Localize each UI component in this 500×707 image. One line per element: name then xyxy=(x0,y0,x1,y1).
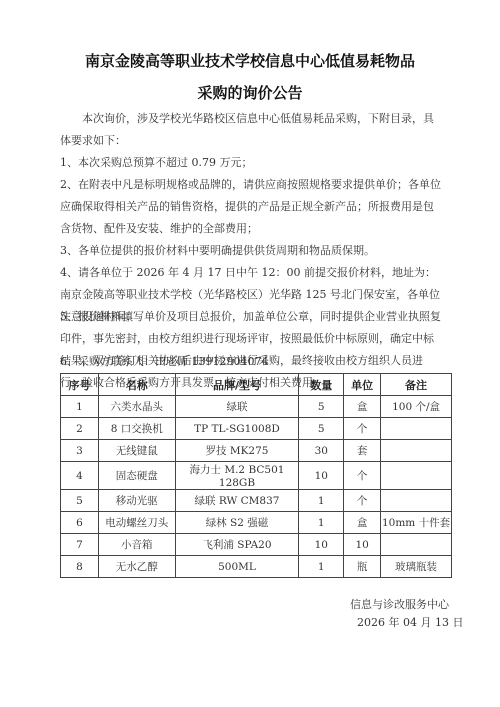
cell-quantity: 5 xyxy=(299,418,344,440)
cell-index: 5 xyxy=(61,490,99,512)
cell-name: 六类水晶头 xyxy=(98,396,175,418)
intro-paragraph: 本次询价，涉及学校光华路校区信息中心低值易耗品采购，下附目录，具体要求如下： xyxy=(60,108,442,152)
cell-index: 6 xyxy=(61,512,99,534)
document-title-line1: 南京金陵高等职业技术学校信息中心低值易耗物品 xyxy=(0,50,500,71)
cell-remarks xyxy=(381,440,452,462)
signature-date: 2026 年 04 月 13 日 xyxy=(357,614,463,630)
cell-name: 8 口交换机 xyxy=(98,418,175,440)
cell-quantity: 1 xyxy=(299,556,344,578)
cell-name: 无线键鼠 xyxy=(98,440,175,462)
table-row: 5 移动光驱 绿联 RW CM837 1 个 xyxy=(61,490,452,512)
cell-quantity: 1 xyxy=(299,490,344,512)
header-unit: 单位 xyxy=(344,374,381,396)
table-header-row: 序号 名称 品牌/型号 数量 单位 备注 xyxy=(61,374,452,396)
cell-remarks xyxy=(381,490,452,512)
header-index: 序号 xyxy=(61,374,99,396)
cell-brand-model: 绿联 RW CM837 xyxy=(175,490,299,512)
cell-index: 2 xyxy=(61,418,99,440)
cell-quantity: 10 xyxy=(299,462,344,490)
table-row: 2 8 口交换机 TP TL-SG1008D 5 个 xyxy=(61,418,452,440)
cell-brand-model: 500ML xyxy=(175,556,299,578)
requirement-item-2: 2、在附表中凡是标明规格或品牌的，请供应商按照规格要求提供单价；各单位应确保取得… xyxy=(60,174,442,240)
table-row: 4 固态硬盘 海力士 M.2 BC501 128GB 10 个 xyxy=(61,462,452,490)
cell-index: 1 xyxy=(61,396,99,418)
cell-brand-model: 绿林 S2 强磁 xyxy=(175,512,299,534)
header-remarks: 备注 xyxy=(381,374,452,396)
cell-index: 8 xyxy=(61,556,99,578)
cell-quantity: 30 xyxy=(299,440,344,462)
cell-quantity: 1 xyxy=(299,512,344,534)
requirement-item-3: 3、各单位提供的报价材料中要明确提供供货周期和物品质保期。 xyxy=(60,240,442,262)
requirement-item-1: 1、本次采购总预算不超过 0.79 万元； xyxy=(60,152,442,174)
cell-unit: 盒 xyxy=(344,512,381,534)
cell-brand-model: 飞利浦 SPA20 xyxy=(175,534,299,556)
cell-unit: 盒 xyxy=(344,396,381,418)
cell-index: 3 xyxy=(61,440,99,462)
cell-name: 固态硬盘 xyxy=(98,462,175,490)
cell-unit: 个 xyxy=(344,490,381,512)
signature-org: 信息与诊改服务中心 xyxy=(350,596,449,612)
intro-line2: 下： xyxy=(104,134,126,147)
contact-info: 6、采购方联系人：田老师 13912904074 xyxy=(60,352,442,372)
table-row: 7 小音箱 飞利浦 SPA20 10 10 xyxy=(61,534,452,556)
cell-brand-model: 罗技 MK275 xyxy=(175,440,299,462)
cell-name: 移动光驱 xyxy=(98,490,175,512)
header-quantity: 数量 xyxy=(299,374,344,396)
items-table: 序号 名称 品牌/型号 数量 单位 备注 1 六类水晶头 绿联 5 盒 100 … xyxy=(60,373,452,578)
table-row: 6 电动螺丝刀头 绿林 S2 强磁 1 盒 10mm 十件套 xyxy=(61,512,452,534)
header-name: 名称 xyxy=(98,374,175,396)
cell-name: 无水乙醇 xyxy=(98,556,175,578)
cell-remarks xyxy=(381,462,452,490)
cell-brand-model: 绿联 xyxy=(175,396,299,418)
cell-remarks xyxy=(381,418,452,440)
cell-unit: 瓶 xyxy=(344,556,381,578)
cell-remarks: 10mm 十件套 xyxy=(381,512,452,534)
table-row: 3 无线键鼠 罗技 MK275 30 套 xyxy=(61,440,452,462)
cell-remarks: 玻璃瓶装 xyxy=(381,556,452,578)
cell-unit: 个 xyxy=(344,462,381,490)
header-brand-model: 品牌/型号 xyxy=(175,374,299,396)
cell-index: 4 xyxy=(61,462,99,490)
cell-name: 电动螺丝刀头 xyxy=(98,512,175,534)
cell-unit: 10 xyxy=(344,534,381,556)
cell-index: 7 xyxy=(61,534,99,556)
document-title-line2: 采购的询价公告 xyxy=(0,82,500,103)
cell-brand-model: 海力士 M.2 BC501 128GB xyxy=(175,462,299,490)
cell-quantity: 5 xyxy=(299,396,344,418)
cell-unit: 套 xyxy=(344,440,381,462)
cell-name: 小音箱 xyxy=(98,534,175,556)
cell-remarks: 100 个/盒 xyxy=(381,396,452,418)
cell-brand-model: TP TL-SG1008D xyxy=(175,418,299,440)
cell-unit: 个 xyxy=(344,418,381,440)
cell-remarks xyxy=(381,534,452,556)
table-row: 1 六类水晶头 绿联 5 盒 100 个/盒 xyxy=(61,396,452,418)
table-row: 8 无水乙醇 500ML 1 瓶 玻璃瓶装 xyxy=(61,556,452,578)
cell-quantity: 10 xyxy=(299,534,344,556)
